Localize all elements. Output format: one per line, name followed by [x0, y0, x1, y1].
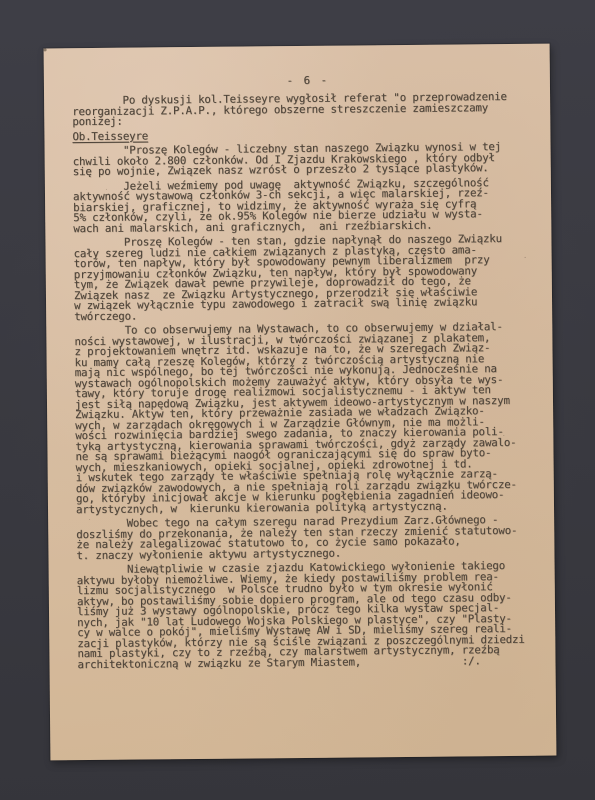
paragraph-observations: To co obserwujemy na Wystawach, to co ob…	[74, 322, 548, 516]
paragraph-membership: "Proszę Kolegów - liczebny stan naszego …	[73, 142, 545, 178]
paper-specks	[44, 48, 45, 49]
paragraph-activity: Jeżeli weźmiemy pod uwagę aktywność Zwią…	[73, 177, 545, 234]
page-number: - 6 -	[72, 72, 544, 90]
intro-paragraph: Po dyskusji kol.Teisseyre wygłosił refer…	[72, 92, 544, 128]
text-line: architektoniczną w związku ze Starym Mia…	[77, 655, 549, 670]
paragraph-congress: Niewątpliwie w czasie zjazdu Katowickieg…	[77, 561, 550, 671]
document-page: - 6 - Po dyskusji kol.Teisseyre wygłosił…	[44, 44, 557, 761]
document-text: - 6 - Po dyskusji kol.Teisseyre wygłosił…	[72, 72, 550, 675]
scan-background: - 6 - Po dyskusji kol.Teisseyre wygłosił…	[0, 0, 595, 800]
paragraph-conclusion: Wobec tego na całym szeregu narad Prezyd…	[76, 515, 548, 562]
paragraph-influx: Proszę Kolegów - ten stan, gdzie napłyną…	[73, 234, 546, 323]
